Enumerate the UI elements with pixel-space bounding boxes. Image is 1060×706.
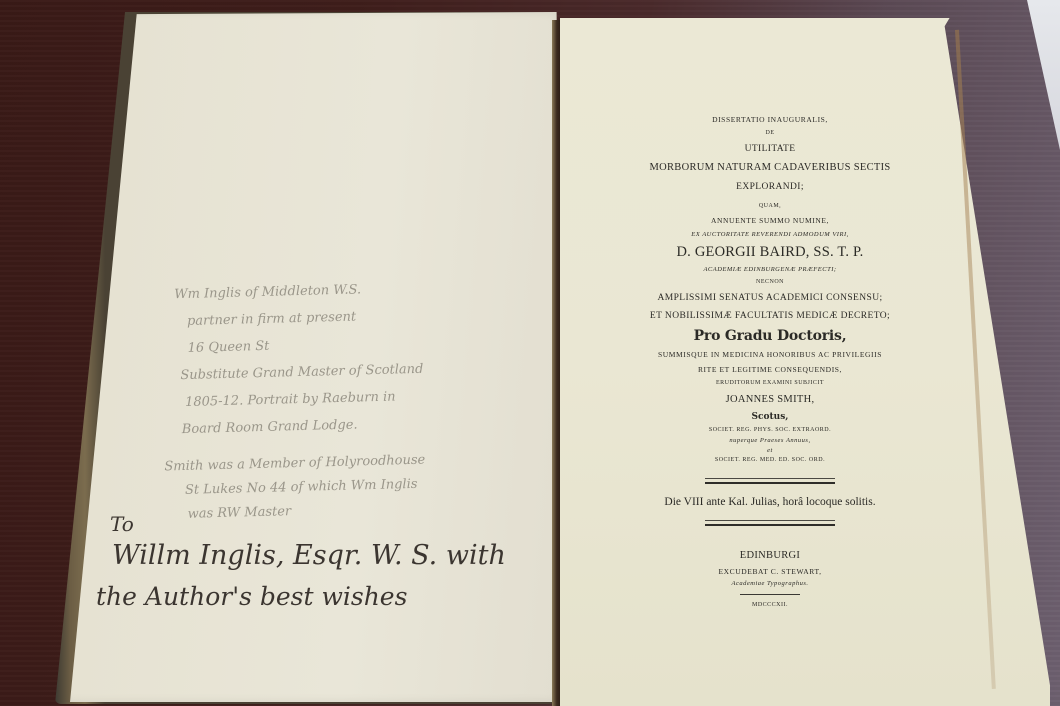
title-line: ERUDITORUM EXAMINI SUBJICIT [600,377,940,390]
title-line: MORBORUM NATURAM CADAVERIBUS SECTIS [600,158,940,178]
imprint-year: MDCCCXII. [600,599,940,612]
title-line: ANNUENTE SUMMO NUMINE, [600,213,940,228]
inscription-to: To [110,512,134,536]
title-line: SOCIET. REG. MED. ED. SOC. ORD. [600,455,940,466]
divider-rule [705,520,835,526]
title-line: D. GEORGII BAIRD, SS. T. P. [600,241,940,263]
title-line: DE [600,127,940,140]
title-line: QUAM, [600,200,940,213]
title-line: NECNON [600,276,940,289]
title-line: Pro Gradu Doctoris, [600,325,940,347]
title-line: ET NOBILISSIMÆ FACULTATIS MEDICÆ DECRETO… [600,307,940,325]
title-line: Scotus, [600,410,940,425]
title-line: nuperque Praeses Annuus, [600,436,940,446]
title-line: UTILITATE [600,140,940,158]
divider-rule [740,594,800,595]
inscription-line-2: the Author's best wishes [96,582,407,611]
date-line: Die VIII ante Kal. Julias, horâ locoque … [600,493,940,511]
title-line: RITE ET LEGITIME CONSEQUENDIS, [600,362,940,377]
imprint-city: EDINBURGI [600,546,940,566]
pencil-note-2: Smith was a Member of Holyroodhouse St L… [164,449,427,528]
divider-rule [705,478,835,484]
title-line: EX AUCTORITATE REVERENDI ADMODUM VIRI, [600,228,940,241]
pencil-note: Wm Inglis of Middleton W.S. partner in f… [174,275,425,443]
title-line: et [600,446,940,455]
title-page: DISSERTATIO INAUGURALIS, DE UTILITATE MO… [600,112,940,612]
inscription-line-1: Willm Inglis, Esqr. W. S. with [112,540,506,571]
title-line: ACADEMIÆ EDINBURGENÆ PRÆFECTI; [600,263,940,276]
title-line: EXPLORANDI; [600,178,940,196]
author-name: JOANNES SMITH, [600,390,940,410]
title-line: AMPLISSIMI SENATUS ACADEMICI CONSENSU; [600,289,940,307]
title-line: SOCIET. REG. PHYS. SOC. EXTRAORD. [600,425,940,436]
title-line: DISSERTATIO INAUGURALIS, [600,112,940,127]
imprint-printer-title: Academiae Typographus. [600,578,940,590]
title-line: SUMMISQUE IN MEDICINA HONORIBUS AC PRIVI… [600,347,940,362]
imprint-printer: EXCUDEBAT C. STEWART, [600,566,940,578]
